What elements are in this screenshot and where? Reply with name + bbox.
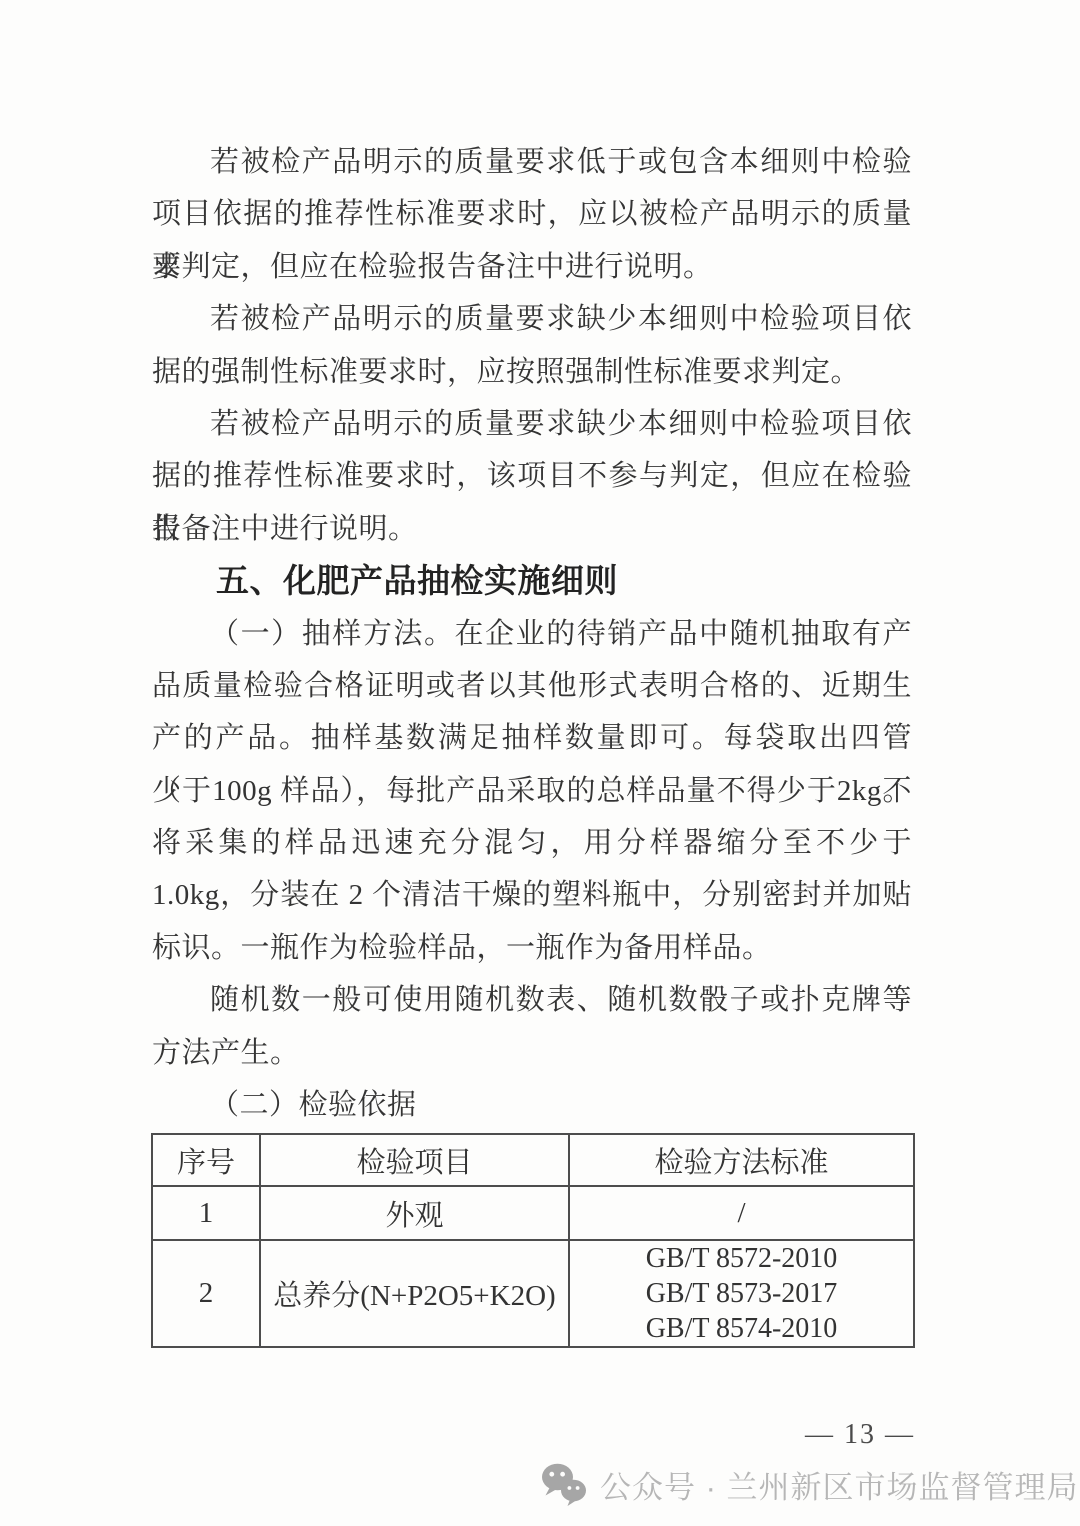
method-standard-line: GB/T 8573-2017	[570, 1276, 913, 1311]
subsection-heading-basis: （二）检验依据	[152, 1079, 912, 1131]
paragraph-line: 标识。一瓶作为检验样品，一瓶作为备用样品。	[152, 922, 912, 974]
paragraph-line: 随机数一般可使用随机数表、随机数骰子或扑克牌等	[152, 974, 912, 1026]
paragraph-line: 方法产生。	[152, 1027, 912, 1079]
cell-inspection-item: 外观	[260, 1186, 569, 1240]
page-number: — 13 —	[758, 1419, 962, 1451]
paragraph-line: 少于100g 样品），每批产品采取的总样品量不得少于2kg。	[152, 765, 912, 817]
paragraph-line: 若被检产品明示的质量要求低于或包含本细则中检验	[152, 136, 912, 188]
cell-method-standard: /	[569, 1186, 914, 1240]
method-standard-line: GB/T 8572-2010	[570, 1241, 913, 1276]
paragraph-line: 产的产品。抽样基数满足抽样数量即可。每袋取出四管（不	[152, 712, 912, 764]
paragraph-line: 若被检产品明示的质量要求缺少本细则中检验项目依	[152, 398, 912, 450]
table-row: 2 总养分(N+P2O5+K2O) GB/T 8572-2010 GB/T 85…	[152, 1240, 914, 1347]
section-heading: 五、化肥产品抽检实施细则	[152, 555, 912, 607]
method-standard-line: GB/T 8574-2010	[570, 1311, 913, 1346]
watermark-text: 公众号 · 兰州新区市场监督管理局	[600, 1462, 1079, 1507]
header-serial-number: 序号	[152, 1134, 260, 1186]
paragraph-line: 据的强制性标准要求时，应按照强制性标准要求判定。	[152, 346, 912, 398]
header-inspection-item: 检验项目	[260, 1134, 569, 1186]
paragraph-line: 将采集的样品迅速充分混匀，用分样器缩分至不少于	[152, 817, 912, 869]
paragraph-line: 据的推荐性标准要求时，该项目不参与判定，但应在检验报	[152, 450, 912, 502]
body-text: 若被检产品明示的质量要求低于或包含本细则中检验 项目依据的推荐性标准要求时，应以…	[152, 136, 912, 1131]
table-header-row: 序号 检验项目 检验方法标准	[152, 1134, 914, 1186]
header-method-standard: 检验方法标准	[569, 1134, 914, 1186]
cell-serial-number: 1	[152, 1186, 260, 1240]
paragraph-line: 若被检产品明示的质量要求缺少本细则中检验项目依	[152, 293, 912, 345]
paragraph-line: 品质量检验合格证明或者以其他形式表明合格的、近期生	[152, 660, 912, 712]
wechat-icon	[540, 1462, 589, 1507]
inspection-basis-table: 序号 检验项目 检验方法标准 1 外观 / 2 总养分(N+P2O5+K2O) …	[151, 1133, 915, 1348]
watermark: 公众号 · 兰州新区市场监督管理局	[540, 1459, 1079, 1509]
subsection-heading-sampling: （一）抽样方法。在企业的待销产品中随机抽取有产	[152, 608, 912, 660]
paragraph-line: 项目依据的推荐性标准要求时，应以被检产品明示的质量要	[152, 188, 912, 240]
scanned-document-page: 若被检产品明示的质量要求低于或包含本细则中检验 项目依据的推荐性标准要求时，应以…	[0, 0, 1080, 1526]
paragraph-line: 1.0kg，分装在 2 个清洁干燥的塑料瓶中，分别密封并加贴	[152, 869, 912, 921]
cell-serial-number: 2	[152, 1240, 260, 1347]
table-row: 1 外观 /	[152, 1186, 914, 1240]
cell-method-standard: GB/T 8572-2010 GB/T 8573-2017 GB/T 8574-…	[569, 1240, 914, 1347]
paragraph-line: 求判定，但应在检验报告备注中进行说明。	[152, 241, 912, 293]
paragraph-line: 告备注中进行说明。	[152, 503, 912, 555]
cell-inspection-item: 总养分(N+P2O5+K2O)	[260, 1240, 569, 1347]
